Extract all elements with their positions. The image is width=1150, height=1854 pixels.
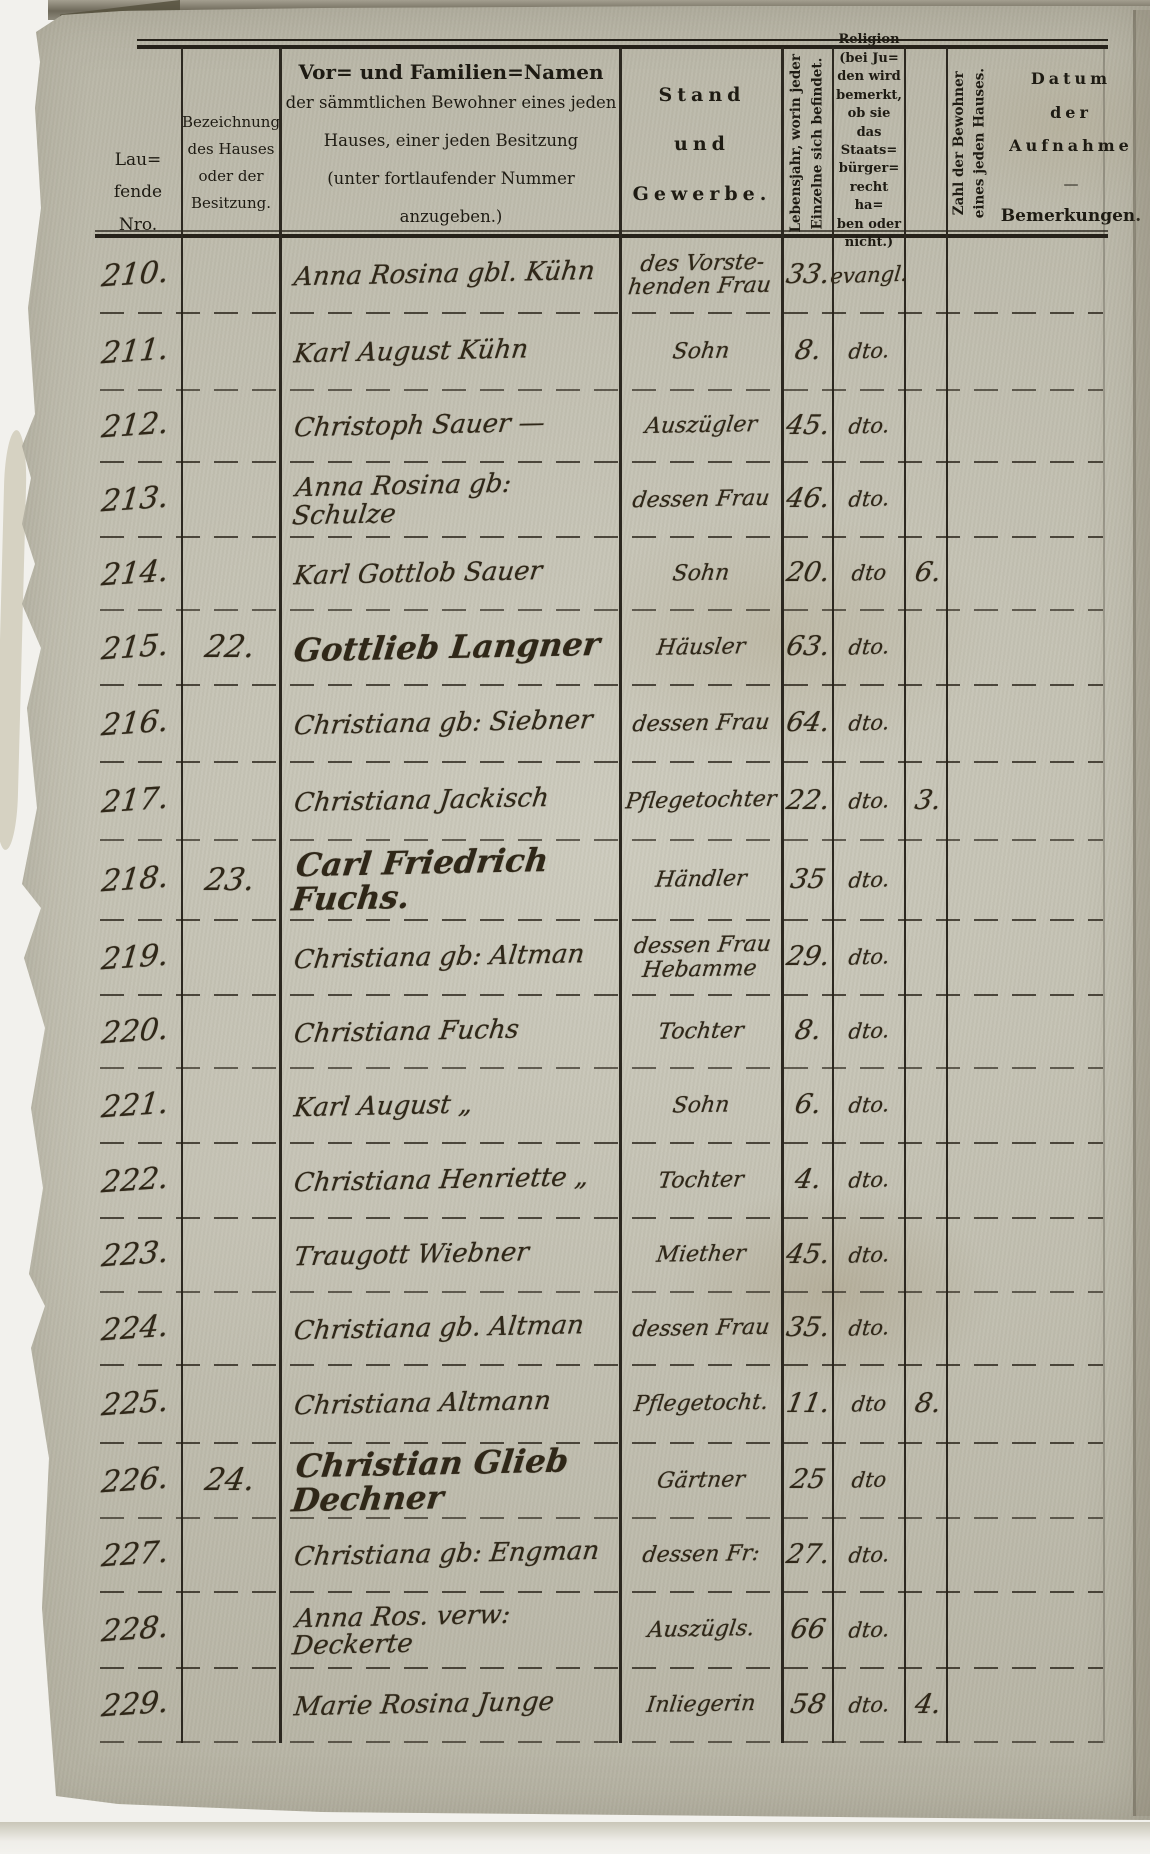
row-name: Christiana Altmann <box>283 1361 620 1446</box>
header-lebensjahr-text: Lebensjahr, worin jeder Einzelne sich be… <box>786 54 829 233</box>
row-datum-bemerkung <box>951 1292 1103 1365</box>
row-name: Christian Glieb Dechner <box>284 1439 621 1521</box>
row-age: 20. <box>778 537 839 610</box>
row-household-count: 3. <box>900 762 956 840</box>
row-house-number <box>175 1218 284 1292</box>
table-row: 217. Christiana Jackisch Pflegetochter 2… <box>90 762 1108 840</box>
row-household-count <box>900 462 955 537</box>
row-age: 35. <box>778 1292 839 1365</box>
row-house-number <box>175 313 285 390</box>
row-stand-gewerbe: Gärtner <box>617 1442 784 1520</box>
table-row: 219. Christiana gb: Altman dessen Frau H… <box>90 920 1108 995</box>
row-household-count <box>900 1068 955 1143</box>
row-stand-gewerbe: dessen Fr: <box>617 1517 784 1594</box>
row-household-count: 6. <box>901 537 956 610</box>
row-name: Anna Rosina gb: Schulze <box>284 458 621 540</box>
row-household-count <box>900 840 956 920</box>
row-house-number <box>175 237 284 313</box>
row-household-count <box>900 685 956 762</box>
row-datum-bemerkung <box>951 610 1103 685</box>
row-age: 45. <box>777 1218 838 1292</box>
row-household-count <box>900 237 955 313</box>
row-datum-bemerkung <box>951 1668 1103 1742</box>
header-datum-divider: — <box>1064 180 1079 189</box>
row-religion: dto. <box>831 1291 907 1367</box>
row-house-number <box>175 462 284 537</box>
header-laufende-nro: Lau= fende Nro. <box>95 150 181 235</box>
row-number: 213. <box>88 459 182 541</box>
row-separator <box>100 1741 1103 1743</box>
row-stand-gewerbe: Auszügler <box>618 389 785 464</box>
row-datum-bemerkung <box>951 1518 1103 1592</box>
underlying-page-edge <box>0 430 27 850</box>
row-number: 211. <box>88 310 182 394</box>
table-row: 220. Christiana Fuchs Tochter 8. dto. <box>90 995 1108 1068</box>
row-number: 214. <box>88 534 182 614</box>
row-datum-bemerkung <box>951 920 1103 995</box>
row-age: 63. <box>777 610 838 685</box>
table-row: 226. 24. Christian Glieb Dechner Gärtner… <box>90 1443 1108 1518</box>
row-age: 8. <box>778 995 839 1068</box>
row-name: Karl Gottlob Sauer <box>284 533 621 613</box>
row-household-count <box>901 390 956 462</box>
row-datum-bemerkung <box>951 537 1103 610</box>
row-house-number <box>175 920 284 995</box>
row-stand-gewerbe: Sohn <box>617 1067 784 1145</box>
row-religion: dto <box>831 1364 907 1445</box>
row-house-number: 24. <box>175 1443 284 1518</box>
row-age: 66 <box>777 1592 838 1668</box>
row-house-number <box>175 1592 284 1668</box>
row-name: Karl August „ <box>284 1064 621 1146</box>
row-house-number <box>175 1068 284 1143</box>
row-religion: dto. <box>831 609 907 687</box>
row-number: 227. <box>88 1515 182 1596</box>
row-name: Christiana gb: Siebner <box>283 681 620 765</box>
table-row: 229. Marie Rosina Junge Inliegerin 58 dt… <box>90 1668 1108 1742</box>
row-number: 224. <box>88 1289 182 1369</box>
row-name: Christiana gb: Altman <box>284 916 621 998</box>
row-name: Carl Friedrich Fuchs. <box>283 836 620 923</box>
row-religion: dto <box>831 536 907 612</box>
row-stand-gewerbe: des Vorste- henden Frau <box>617 236 784 315</box>
header-zahl-text: Zahl der Bewohner eines jeden Hauses. <box>949 68 990 218</box>
row-household-count <box>900 920 955 995</box>
table-row: 215. 22. Gottlieb Langner Häusler 63. dt… <box>90 610 1108 685</box>
row-number: 229. <box>88 1665 182 1746</box>
table-row: 223. Traugott Wiebner Miether 45. dto. <box>90 1218 1108 1292</box>
row-name: Christiana Fuchs <box>284 991 621 1071</box>
table-row: 211. Karl August Kühn Sohn 8. dto. <box>90 313 1108 390</box>
row-stand-gewerbe: Pflegetocht. <box>617 1364 785 1445</box>
table-row: 225. Christiana Altmann Pflegetocht. 11.… <box>90 1365 1108 1443</box>
header-names-rest: der sämmtlichen Bewohner eines jeden Hau… <box>284 84 618 236</box>
row-age: 4. <box>777 1143 838 1218</box>
row-number: 223. <box>88 1215 182 1296</box>
row-household-count: 8. <box>900 1365 956 1443</box>
row-household-count <box>901 1292 956 1365</box>
paper-sheet: Lau= fende Nro. Bezeichnung des Hauses o… <box>22 6 1150 1820</box>
row-age: 11. <box>777 1365 839 1443</box>
row-age: 29. <box>777 920 838 995</box>
row-number: 226. <box>88 1440 182 1522</box>
row-house-number <box>176 537 285 610</box>
row-age: 58 <box>777 1668 838 1742</box>
row-religion: dto. <box>831 1667 907 1744</box>
row-stand-gewerbe: Häusler <box>617 609 784 687</box>
row-house-number <box>176 995 285 1068</box>
row-stand-gewerbe: Tochter <box>617 1142 784 1220</box>
row-number: 216. <box>88 682 182 766</box>
row-datum-bemerkung <box>951 1592 1103 1668</box>
row-religion: dto. <box>831 919 907 997</box>
table-row: 214. Karl Gottlob Sauer Sohn 20. dto 6. <box>90 537 1108 610</box>
table-row: 222. Christiana Henriette „ Tochter 4. d… <box>90 1143 1108 1218</box>
header-names-title: Vor= und Familien=Namen <box>298 60 603 84</box>
row-datum-bemerkung <box>951 1068 1103 1143</box>
row-age: 25 <box>777 1443 838 1518</box>
row-age: 46. <box>777 462 838 537</box>
row-stand-gewerbe: Sohn <box>618 536 785 612</box>
row-datum-bemerkung <box>951 762 1103 840</box>
row-datum-bemerkung <box>951 1365 1103 1443</box>
row-household-count <box>901 995 956 1068</box>
row-number: 222. <box>88 1140 182 1222</box>
row-religion: dto <box>831 1442 907 1520</box>
header-bezeichnung: Bezeichnung des Hauses oder der Besitzun… <box>184 90 278 235</box>
row-religion: dto. <box>831 1142 907 1220</box>
row-house-number <box>176 390 285 462</box>
row-age: 64. <box>777 685 839 762</box>
row-number: 219. <box>88 917 182 999</box>
row-stand-gewerbe: dessen Frau Hebamme <box>617 919 784 997</box>
table-row: 213. Anna Rosina gb: Schulze dessen Frau… <box>90 462 1108 537</box>
table-top-rule-thick <box>137 45 1108 49</box>
row-number: 217. <box>88 759 182 844</box>
header-datum-bemerkungen: Datum der Aufnahme — Bemerkungen. <box>992 58 1150 230</box>
row-stand-gewerbe: Sohn <box>617 312 784 392</box>
row-number: 225. <box>88 1362 182 1447</box>
row-religion: dto. <box>831 1517 907 1594</box>
row-datum-bemerkung <box>951 313 1103 390</box>
row-household-count: 4. <box>900 1668 955 1742</box>
header-zahl-bewohner: Zahl der Bewohner eines jeden Hauses. <box>948 50 990 236</box>
row-religion: dto. <box>831 684 907 764</box>
row-religion: dto. <box>831 994 907 1070</box>
row-house-number: 22. <box>175 610 284 685</box>
table-top-rule-thin <box>137 39 1108 41</box>
row-name: Christiana Henriette „ <box>284 1139 621 1221</box>
row-name: Christiana gb. Altman <box>284 1288 621 1368</box>
row-name: Marie Rosina Junge <box>284 1664 621 1745</box>
row-stand-gewerbe: Auszügls. <box>617 1591 784 1670</box>
row-name: Christoph Sauer — <box>284 386 621 465</box>
header-names: Vor= und Familien=Namen der sämmtlichen … <box>284 52 618 234</box>
row-religion: dto. <box>831 1217 907 1294</box>
row-household-count <box>900 313 956 390</box>
row-stand-gewerbe: Tochter <box>618 994 785 1070</box>
row-datum-bemerkung <box>951 1143 1103 1218</box>
table-row: 210. Anna Rosina gbl. Kühn des Vorste- h… <box>90 237 1108 313</box>
row-age: 22. <box>777 762 839 840</box>
table-row: 216. Christiana gb: Siebner dessen Frau … <box>90 685 1108 762</box>
row-household-count <box>900 1218 955 1292</box>
row-house-number <box>175 1143 284 1218</box>
row-age: 8. <box>777 313 839 390</box>
row-datum-bemerkung <box>951 462 1103 537</box>
row-datum-bemerkung <box>951 390 1103 462</box>
row-stand-gewerbe: Händler <box>617 839 785 922</box>
row-name: Gottlieb Langner <box>284 606 621 688</box>
header-religion: Religion (bei Ju= den wird bemerkt, ob s… <box>835 48 903 236</box>
row-datum-bemerkung <box>951 840 1103 920</box>
row-religion: dto. <box>831 461 907 539</box>
row-datum-bemerkung <box>951 1218 1103 1292</box>
row-stand-gewerbe: Miether <box>617 1217 784 1294</box>
header-datum-text: Datum der Aufnahme <box>1009 62 1133 163</box>
row-number: 212. <box>88 387 181 466</box>
row-house-number <box>176 1292 285 1365</box>
row-name: Karl August Kühn <box>283 309 620 393</box>
row-datum-bemerkung <box>951 685 1103 762</box>
row-datum-bemerkung <box>951 237 1103 313</box>
row-house-number <box>175 762 285 840</box>
row-household-count <box>900 610 955 685</box>
row-name: Traugott Wiebner <box>284 1214 621 1295</box>
row-religion: dto. <box>831 839 907 922</box>
row-number: 218. <box>88 837 182 924</box>
row-number: 221. <box>88 1065 182 1147</box>
header-bemerkungen-text: Bemerkungen. <box>1001 206 1141 226</box>
row-stand-gewerbe: dessen Frau <box>618 1291 785 1367</box>
row-religion: dto. <box>831 1591 907 1670</box>
row-house-number: 23. <box>175 840 285 920</box>
row-household-count <box>900 1143 955 1218</box>
row-number: 210. <box>88 234 182 317</box>
row-age: 27. <box>777 1518 838 1592</box>
row-household-count <box>900 1443 955 1518</box>
table-row: 227. Christiana gb: Engman dessen Fr: 27… <box>90 1518 1108 1592</box>
row-name: Christiana Jackisch <box>283 758 620 843</box>
row-religion: evangl. <box>831 236 907 315</box>
scanned-register-page: Lau= fende Nro. Bezeichnung des Hauses o… <box>0 0 1150 1854</box>
table-row: 212. Christoph Sauer — Auszügler 45. dto… <box>90 390 1108 462</box>
header-stand-gewerbe: Stand und Gewerbe. <box>624 60 780 230</box>
row-age: 35 <box>777 840 839 920</box>
row-number: 228. <box>88 1589 182 1672</box>
row-number: 220. <box>88 992 182 1072</box>
row-religion: dto. <box>831 1067 907 1145</box>
row-household-count <box>900 1518 955 1592</box>
row-number: 215. <box>88 607 182 689</box>
row-religion: dto. <box>831 312 907 392</box>
page-fold-shade <box>1136 10 1150 1816</box>
row-datum-bemerkung <box>951 1443 1103 1518</box>
row-name: Anna Ros. verw: Deckerte <box>283 1588 620 1671</box>
row-house-number <box>175 1668 284 1742</box>
row-house-number <box>175 685 285 762</box>
book-bottom-edge <box>0 1822 1150 1854</box>
row-name: Christiana gb: Engman <box>284 1514 621 1595</box>
row-household-count <box>900 1592 955 1668</box>
row-name: Anna Rosina gbl. Kühn <box>283 233 620 316</box>
row-stand-gewerbe: Inliegerin <box>617 1667 784 1744</box>
row-stand-gewerbe: Pflegetochter <box>617 761 785 842</box>
row-religion: dto. <box>831 761 907 842</box>
row-house-number <box>175 1365 285 1443</box>
row-stand-gewerbe: dessen Frau <box>617 461 784 539</box>
row-age: 45. <box>778 390 839 462</box>
row-house-number <box>175 1518 284 1592</box>
row-datum-bemerkung <box>951 995 1103 1068</box>
row-stand-gewerbe: dessen Frau <box>617 684 784 764</box>
table-row: 228. Anna Ros. verw: Deckerte Auszügls. … <box>90 1592 1108 1668</box>
table-row: 218. 23. Carl Friedrich Fuchs. Händler 3… <box>90 840 1108 920</box>
row-age: 6. <box>777 1068 838 1143</box>
header-lebensjahr: Lebensjahr, worin jeder Einzelne sich be… <box>784 50 832 236</box>
table-row: 221. Karl August „ Sohn 6. dto. <box>90 1068 1108 1143</box>
table-row: 224. Christiana gb. Altman dessen Frau 3… <box>90 1292 1108 1365</box>
row-religion: dto. <box>831 389 907 464</box>
